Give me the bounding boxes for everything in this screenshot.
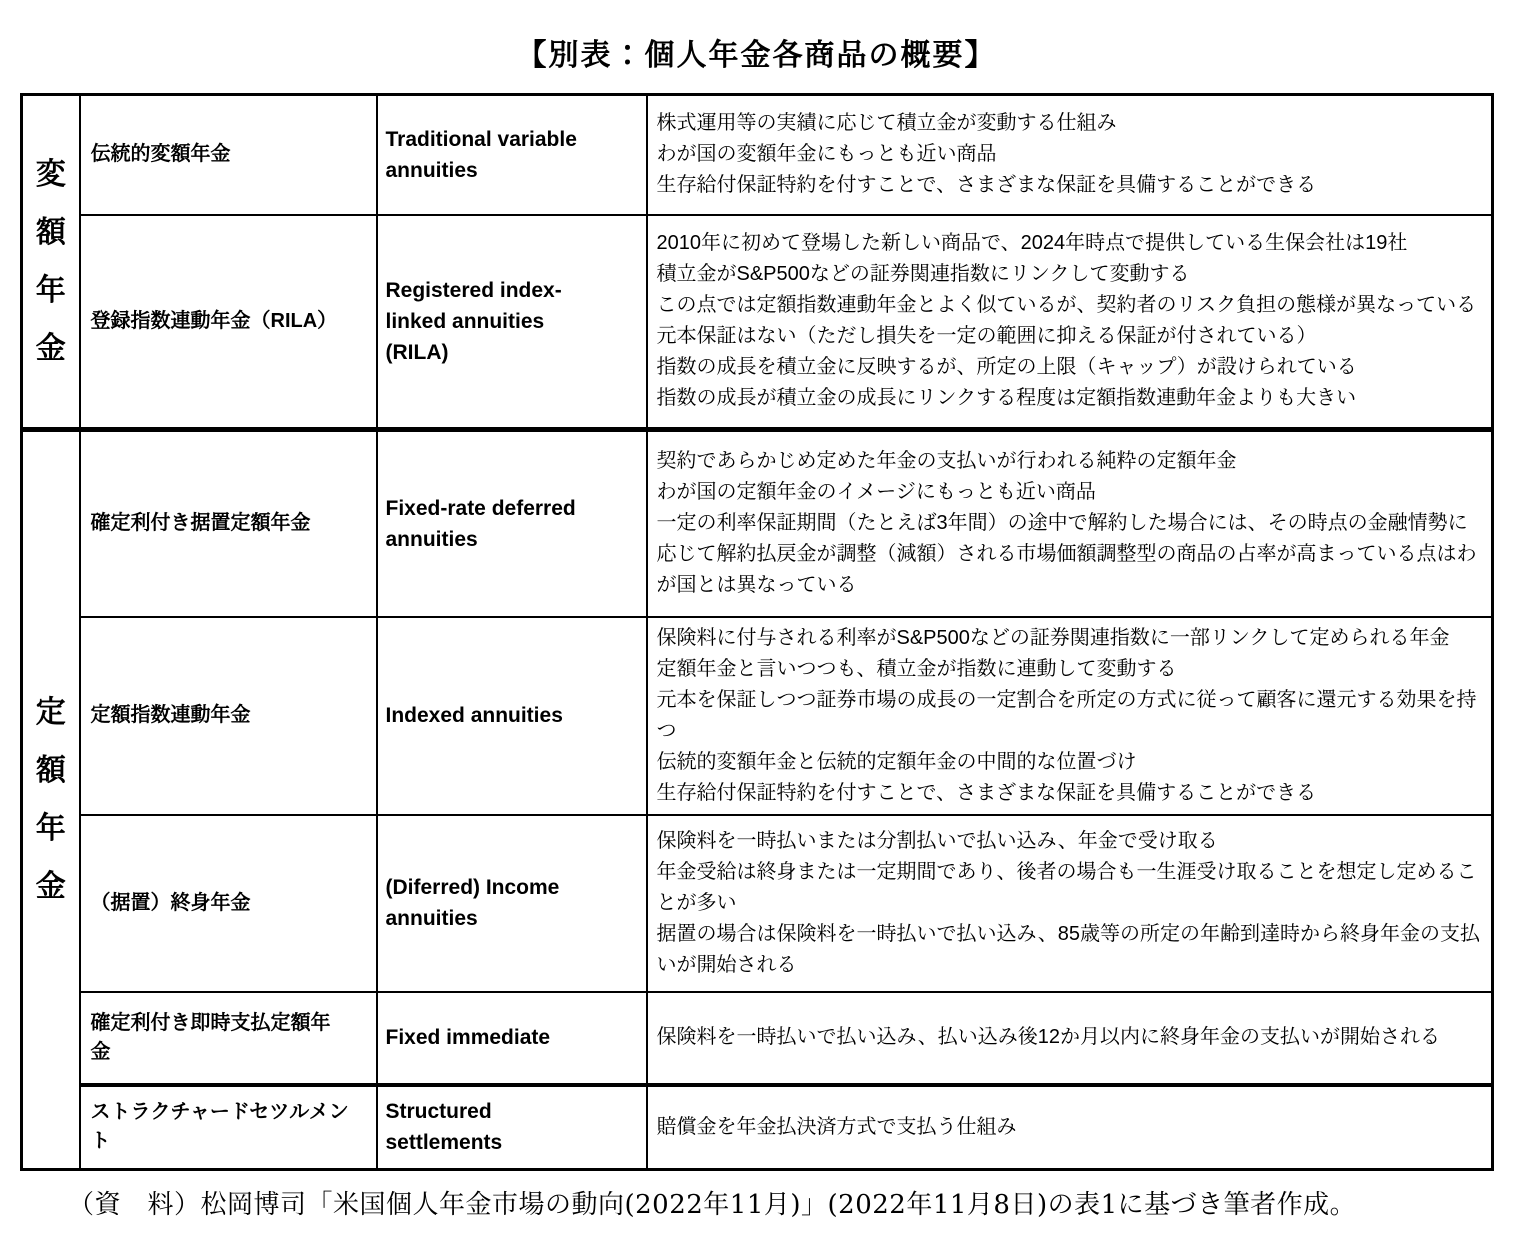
product-name-jp: 確定利付き据置定額年金 xyxy=(80,430,377,617)
row-traditional-variable-annuities: 変額年金 伝統的変額年金 Traditional variable annuit… xyxy=(22,95,1493,215)
product-name-en: Structured settlements xyxy=(377,1085,647,1170)
group-label-variable-annuities: 変額年金 xyxy=(22,95,80,430)
group-label-text: 定額年金 xyxy=(34,684,67,916)
row-fixed-rate-deferred-annuities: 定額年金 確定利付き据置定額年金 Fixed-rate deferred ann… xyxy=(22,430,1493,617)
product-description: 保険料を一時払いまたは分割払いで払い込み、年金で受け取る 年金受給は終身または一… xyxy=(647,815,1493,992)
product-description: 2010年に初めて登場した新しい商品で、2024年時点で提供している生保会社は1… xyxy=(647,215,1493,430)
row-structured-settlements: ストラクチャードセツルメント Structured settlements 賠償… xyxy=(22,1085,1493,1170)
annuity-products-table: 変額年金 伝統的変額年金 Traditional variable annuit… xyxy=(20,93,1494,1171)
source-note: （資 料）松岡博司「米国個人年金市場の動向(2022年11月)」(2022年11… xyxy=(68,1184,1356,1221)
group-label-fixed-annuities: 定額年金 xyxy=(22,430,80,1170)
product-description: 契約であらかじめ定めた年金の支払いが行われる純粋の定額年金 わが国の定額年金のイ… xyxy=(647,430,1493,617)
page-title: 【別表：個人年金各商品の概要】 xyxy=(0,30,1513,74)
row-indexed-annuities: 定額指数連動年金 Indexed annuities 保険料に付与される利率がS… xyxy=(22,617,1493,815)
product-name-jp: 確定利付き即時支払定額年 金 xyxy=(80,992,377,1085)
product-description: 保険料を一時払いで払い込み、払い込み後12か月以内に終身年金の支払いが開始される xyxy=(647,992,1493,1085)
product-name-jp: （据置）終身年金 xyxy=(80,815,377,992)
product-description: 株式運用等の実績に応じて積立金が変動する仕組み わが国の変額年金にもっとも近い商… xyxy=(647,95,1493,215)
product-name-en: (Diferred) Income annuities xyxy=(377,815,647,992)
row-deferred-income-annuities: （据置）終身年金 (Diferred) Income annuities 保険料… xyxy=(22,815,1493,992)
row-registered-index-linked-annuities: 登録指数連動年金（RILA） Registered index- linked … xyxy=(22,215,1493,430)
product-name-jp: 定額指数連動年金 xyxy=(80,617,377,815)
product-name-en: Fixed immediate xyxy=(377,992,647,1085)
product-name-en: Traditional variable annuities xyxy=(377,95,647,215)
product-name-en: Registered index- linked annuities (RILA… xyxy=(377,215,647,430)
product-name-jp: 登録指数連動年金（RILA） xyxy=(80,215,377,430)
product-description: 賠償金を年金払決済方式で支払う仕組み xyxy=(647,1085,1493,1170)
product-name-jp: ストラクチャードセツルメント xyxy=(80,1085,377,1170)
product-name-en: Fixed-rate deferred annuities xyxy=(377,430,647,617)
page: 【別表：個人年金各商品の概要】 変額年金 伝統的変額年金 Traditional… xyxy=(0,0,1513,1247)
product-name-jp: 伝統的変額年金 xyxy=(80,95,377,215)
product-description: 保険料に付与される利率がS&P500などの証券関連指数に一部リンクして定められる… xyxy=(647,617,1493,815)
row-fixed-immediate: 確定利付き即時支払定額年 金 Fixed immediate 保険料を一時払いで… xyxy=(22,992,1493,1085)
product-name-en: Indexed annuities xyxy=(377,617,647,815)
group-label-text: 変額年金 xyxy=(34,146,67,378)
